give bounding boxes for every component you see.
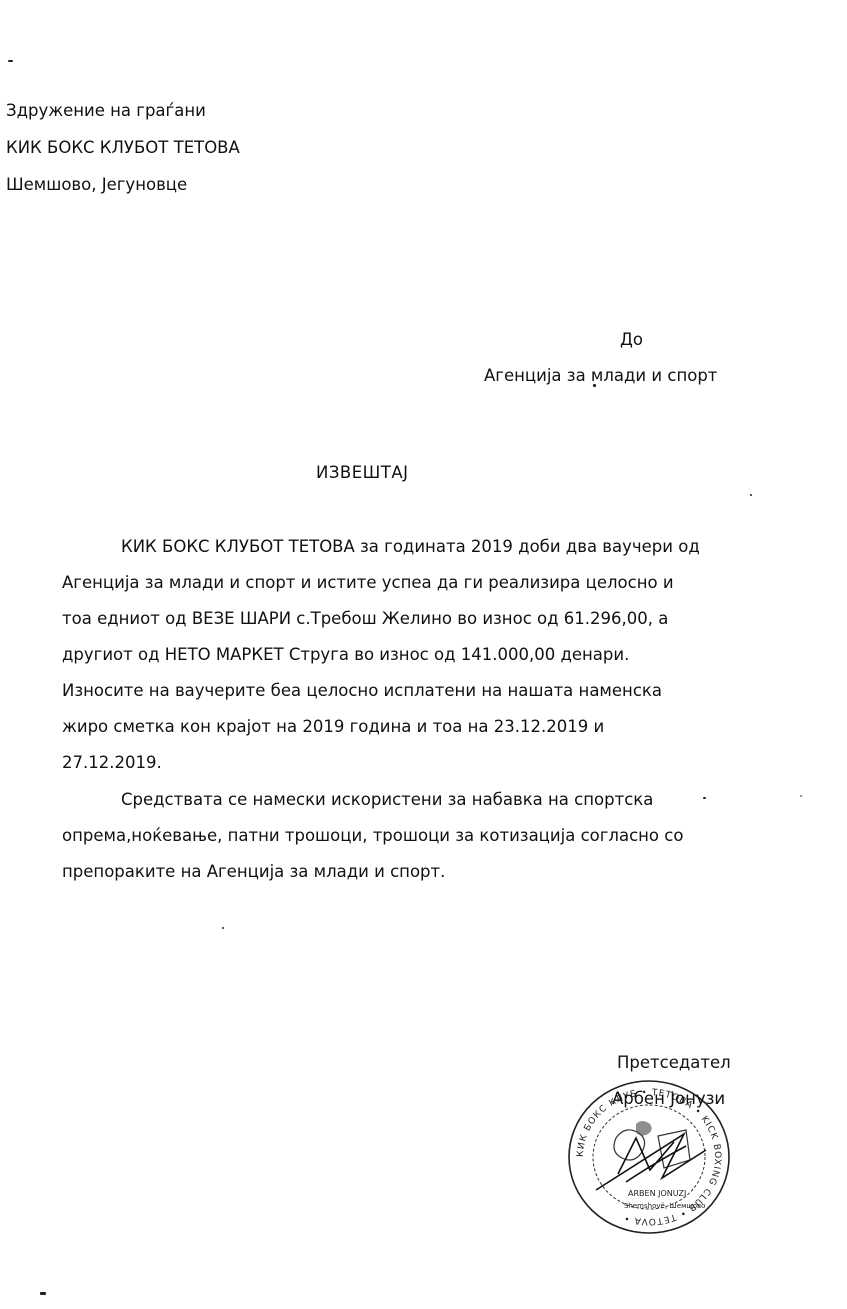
recipient-to-label: До [620,330,643,349]
signatory-role: Претседател [617,1053,731,1072]
scan-speck [593,384,596,387]
scan-speck [800,795,802,797]
paragraph-line: тоа едниот од ВЕЗЕ ШАРИ с.Требош Желино … [62,609,668,628]
paragraph-line: Средствата се намески искористени за наб… [121,790,653,809]
paragraph-line: препораките на Агенција за млади и спорт… [62,862,445,881]
paragraph-line: КИК БОКС КЛУБОТ ТЕТОВА за годината 2019 … [121,537,700,556]
scan-speck [8,60,13,62]
scan-speck [40,1292,46,1295]
recipient-name: Агенција за млади и спорт [484,366,717,385]
scan-speck [703,797,706,799]
signatory-name: Арбен Јонузи [612,1089,725,1108]
paragraph-line: Износите на ваучерите беа целосно исплат… [62,681,662,700]
sender-organization-type: Здружение на граѓани [6,101,206,120]
scan-speck [222,927,224,929]
scan-speck [750,494,752,496]
stamp-inner-name: ARBEN JONUZI [628,1189,686,1198]
document-title: ИЗВЕШТАЈ [316,463,409,482]
paragraph-line: жиро сметка кон крајот на 2019 година и … [62,717,604,736]
sender-address: Шемшово, Јегуновце [6,175,187,194]
stamp-place: Shemshovë, Шемшово [624,1202,705,1210]
sender-club-name: КИК БОКС КЛУБОТ ТЕТОВА [6,138,240,157]
paragraph-line: опрема,ноќевање, патни трошоци, трошоци … [62,826,683,845]
paragraph-line: 27.12.2019. [62,753,162,772]
paragraph-line: другиот од НЕТО МАРКЕТ Струга во износ о… [62,645,629,664]
paragraph-line: Агенција за млади и спорт и истите успеа… [62,573,674,592]
